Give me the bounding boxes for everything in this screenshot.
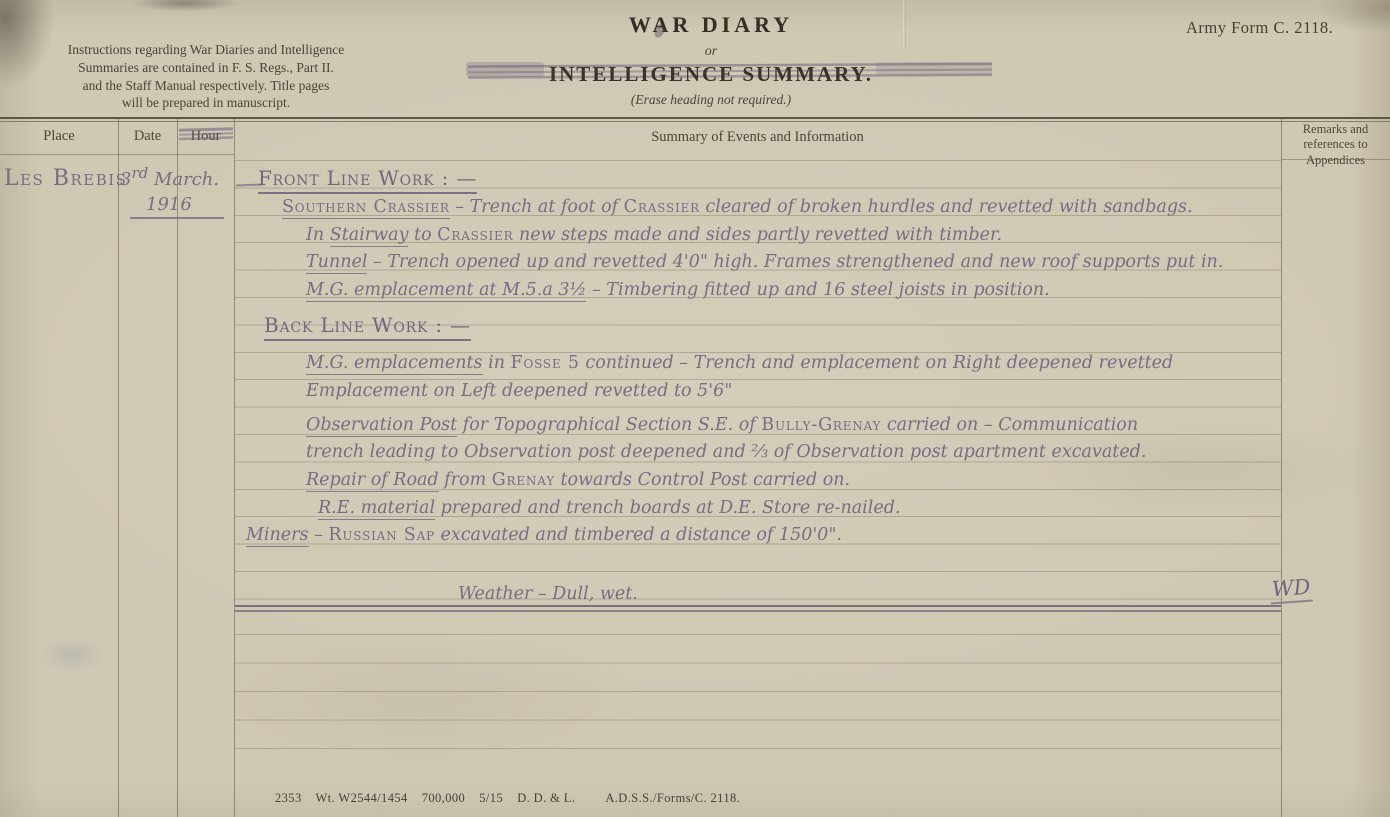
- diary-line: Emplacement on Left deepened revetted to…: [306, 380, 732, 402]
- diary-line: Southern Crassier – Trench at foot of Cr…: [282, 196, 1193, 218]
- diary-text-segment: in: [483, 353, 511, 373]
- diary-text-segment: – Trench opened up and revetted 4'0" hig…: [367, 252, 1223, 272]
- diary-text-segment: Crassier: [624, 197, 700, 217]
- diary-text-segment: prepared and trench boards at D.E. Store…: [435, 498, 900, 518]
- diary-line: trench leading to Observation post deepe…: [306, 441, 1146, 463]
- diary-text-segment: Observation Post: [306, 415, 457, 437]
- diary-text-segment: R.E. material: [318, 498, 435, 520]
- column-divider-date-hour: [177, 118, 178, 817]
- diary-text-segment: Tunnel: [306, 252, 367, 274]
- diary-text-segment: to: [408, 225, 437, 245]
- war-diary-form-page: Instructions regarding War Diaries and I…: [0, 0, 1390, 817]
- diary-line: M.G. emplacements in Fosse 5 continued –…: [306, 352, 1173, 374]
- diary-text-segment: Bully-Grenay: [761, 415, 881, 435]
- table-top-rule: [0, 117, 1390, 119]
- ruled-lines-lower: [235, 634, 1281, 759]
- diary-text-segment: Front Line Work : —: [258, 166, 477, 194]
- date-day: 3: [120, 169, 131, 190]
- diary-text-segment: Russian Sap: [328, 525, 435, 545]
- column-divider-place-date: [118, 118, 119, 817]
- column-header-date: Date: [118, 128, 177, 145]
- diary-text-segment: Fosse 5: [511, 353, 580, 373]
- diary-text-segment: –: [309, 525, 329, 545]
- form-title: WAR DIARY: [520, 12, 902, 38]
- diary-line: In Stairway to Crassier new steps made a…: [306, 224, 1002, 246]
- diary-text-segment: excavated and timbered a distance of 150…: [435, 525, 842, 545]
- initials-mark: WD: [1269, 575, 1313, 605]
- diary-text-segment: continued – Trench and emplacement on Ri…: [580, 353, 1173, 373]
- closing-double-rule: [235, 605, 1281, 607]
- paper-crease: [903, 0, 906, 50]
- form-alt-title: INTELLIGENCE SUMMARY.: [520, 62, 902, 87]
- diary-text-segment: towards Control Post carried on.: [555, 470, 850, 490]
- diary-text-segment: Grenay: [492, 470, 555, 490]
- diary-text-segment: carried on – Communication: [881, 415, 1138, 435]
- diary-line: Repair of Road from Grenay towards Contr…: [306, 469, 850, 491]
- form-title-or: or: [520, 44, 902, 60]
- date-year-underline: [130, 217, 224, 219]
- diary-text-segment: Repair of Road: [306, 470, 439, 492]
- diary-text-segment: M.G. emplacements: [306, 353, 483, 375]
- header-row-underline: [0, 154, 234, 155]
- closing-double-rule-lower: [235, 610, 1281, 612]
- column-header-summary: Summary of Events and Information: [234, 129, 1281, 146]
- instructions-line: Summaries are contained in F. S. Regs., …: [30, 59, 382, 77]
- form-heading: WAR DIARY or INTELLIGENCE SUMMARY. (Eras…: [520, 0, 902, 108]
- diary-line: Tunnel – Trench opened up and revetted 4…: [306, 251, 1223, 273]
- column-divider-summary-remarks: [1281, 118, 1282, 817]
- date-year-entry: 1916: [146, 194, 192, 215]
- army-form-number: Army Form C. 2118.: [1186, 18, 1333, 38]
- diary-text-segment: trench leading to Observation post deepe…: [306, 442, 1146, 462]
- table-top-rule-thin: [0, 121, 1390, 122]
- printers-imprint: 2353 Wt. W2544/1454 700,000 5/15 D. D. &…: [275, 791, 740, 806]
- diary-line: M.G. emplacement at M.5.a 3½ – Timbering…: [306, 279, 1050, 301]
- diary-text-segment: Back Line Work : —: [264, 313, 471, 341]
- instructions-line: and the Staff Manual respectively. Title…: [30, 77, 382, 95]
- diary-line: Weather – Dull, wet.: [458, 583, 638, 605]
- diary-text-segment: – Timbering fitted up and 16 steel joist…: [586, 280, 1049, 300]
- diary-text-segment: Crassier: [437, 225, 513, 245]
- diary-text-segment: Southern Crassier: [282, 197, 450, 219]
- instructions-line: Instructions regarding War Diaries and I…: [30, 41, 382, 59]
- diary-line: Observation Post for Topographical Secti…: [306, 414, 1138, 436]
- place-entry: Les Brebis: [4, 166, 127, 191]
- diary-line: Miners – Russian Sap excavated and timbe…: [246, 524, 842, 546]
- diary-text-segment: from: [439, 470, 492, 490]
- diary-text-segment: new steps made and sides partly revetted…: [513, 225, 1002, 245]
- diary-text-segment: Emplacement on Left deepened revetted to…: [306, 381, 732, 401]
- diary-line: Front Line Work : —: [258, 166, 477, 191]
- diary-text-segment: Stairway: [330, 225, 409, 247]
- erase-heading-note: (Erase heading not required.): [520, 92, 902, 108]
- date-month: March.: [148, 169, 219, 190]
- diary-text-segment: cleared of broken hurdles and revetted w…: [700, 197, 1193, 217]
- diary-text-segment: Weather – Dull, wet.: [458, 584, 638, 604]
- imprint-text: 2353 Wt. W2544/1454 700,000 5/15 D. D. &…: [275, 791, 575, 805]
- diary-text-segment: In: [306, 225, 330, 245]
- instructions-line: will be prepared in manuscript.: [30, 94, 382, 112]
- instructions-note: Instructions regarding War Diaries and I…: [30, 41, 382, 112]
- diary-text-segment: for Topographical Section S.E. of: [457, 415, 761, 435]
- form-reference: A.D.S.S./Forms/C. 2118.: [605, 791, 740, 805]
- hour-pencil-strikethrough: [179, 126, 233, 141]
- column-header-remarks: Remarks and references to Appendices: [1281, 122, 1390, 168]
- diary-text-segment: – Trench at foot of: [450, 197, 624, 217]
- diary-line: Back Line Work : —: [264, 313, 471, 338]
- diary-text-segment: M.G. emplacement at M.5.a 3½: [306, 280, 586, 302]
- column-header-place: Place: [0, 128, 118, 145]
- date-entry: 3rd March.: [120, 164, 219, 190]
- diary-text-segment: Miners: [246, 525, 309, 547]
- diary-line: R.E. material prepared and trench boards…: [318, 497, 900, 519]
- date-ordinal: rd: [131, 164, 148, 182]
